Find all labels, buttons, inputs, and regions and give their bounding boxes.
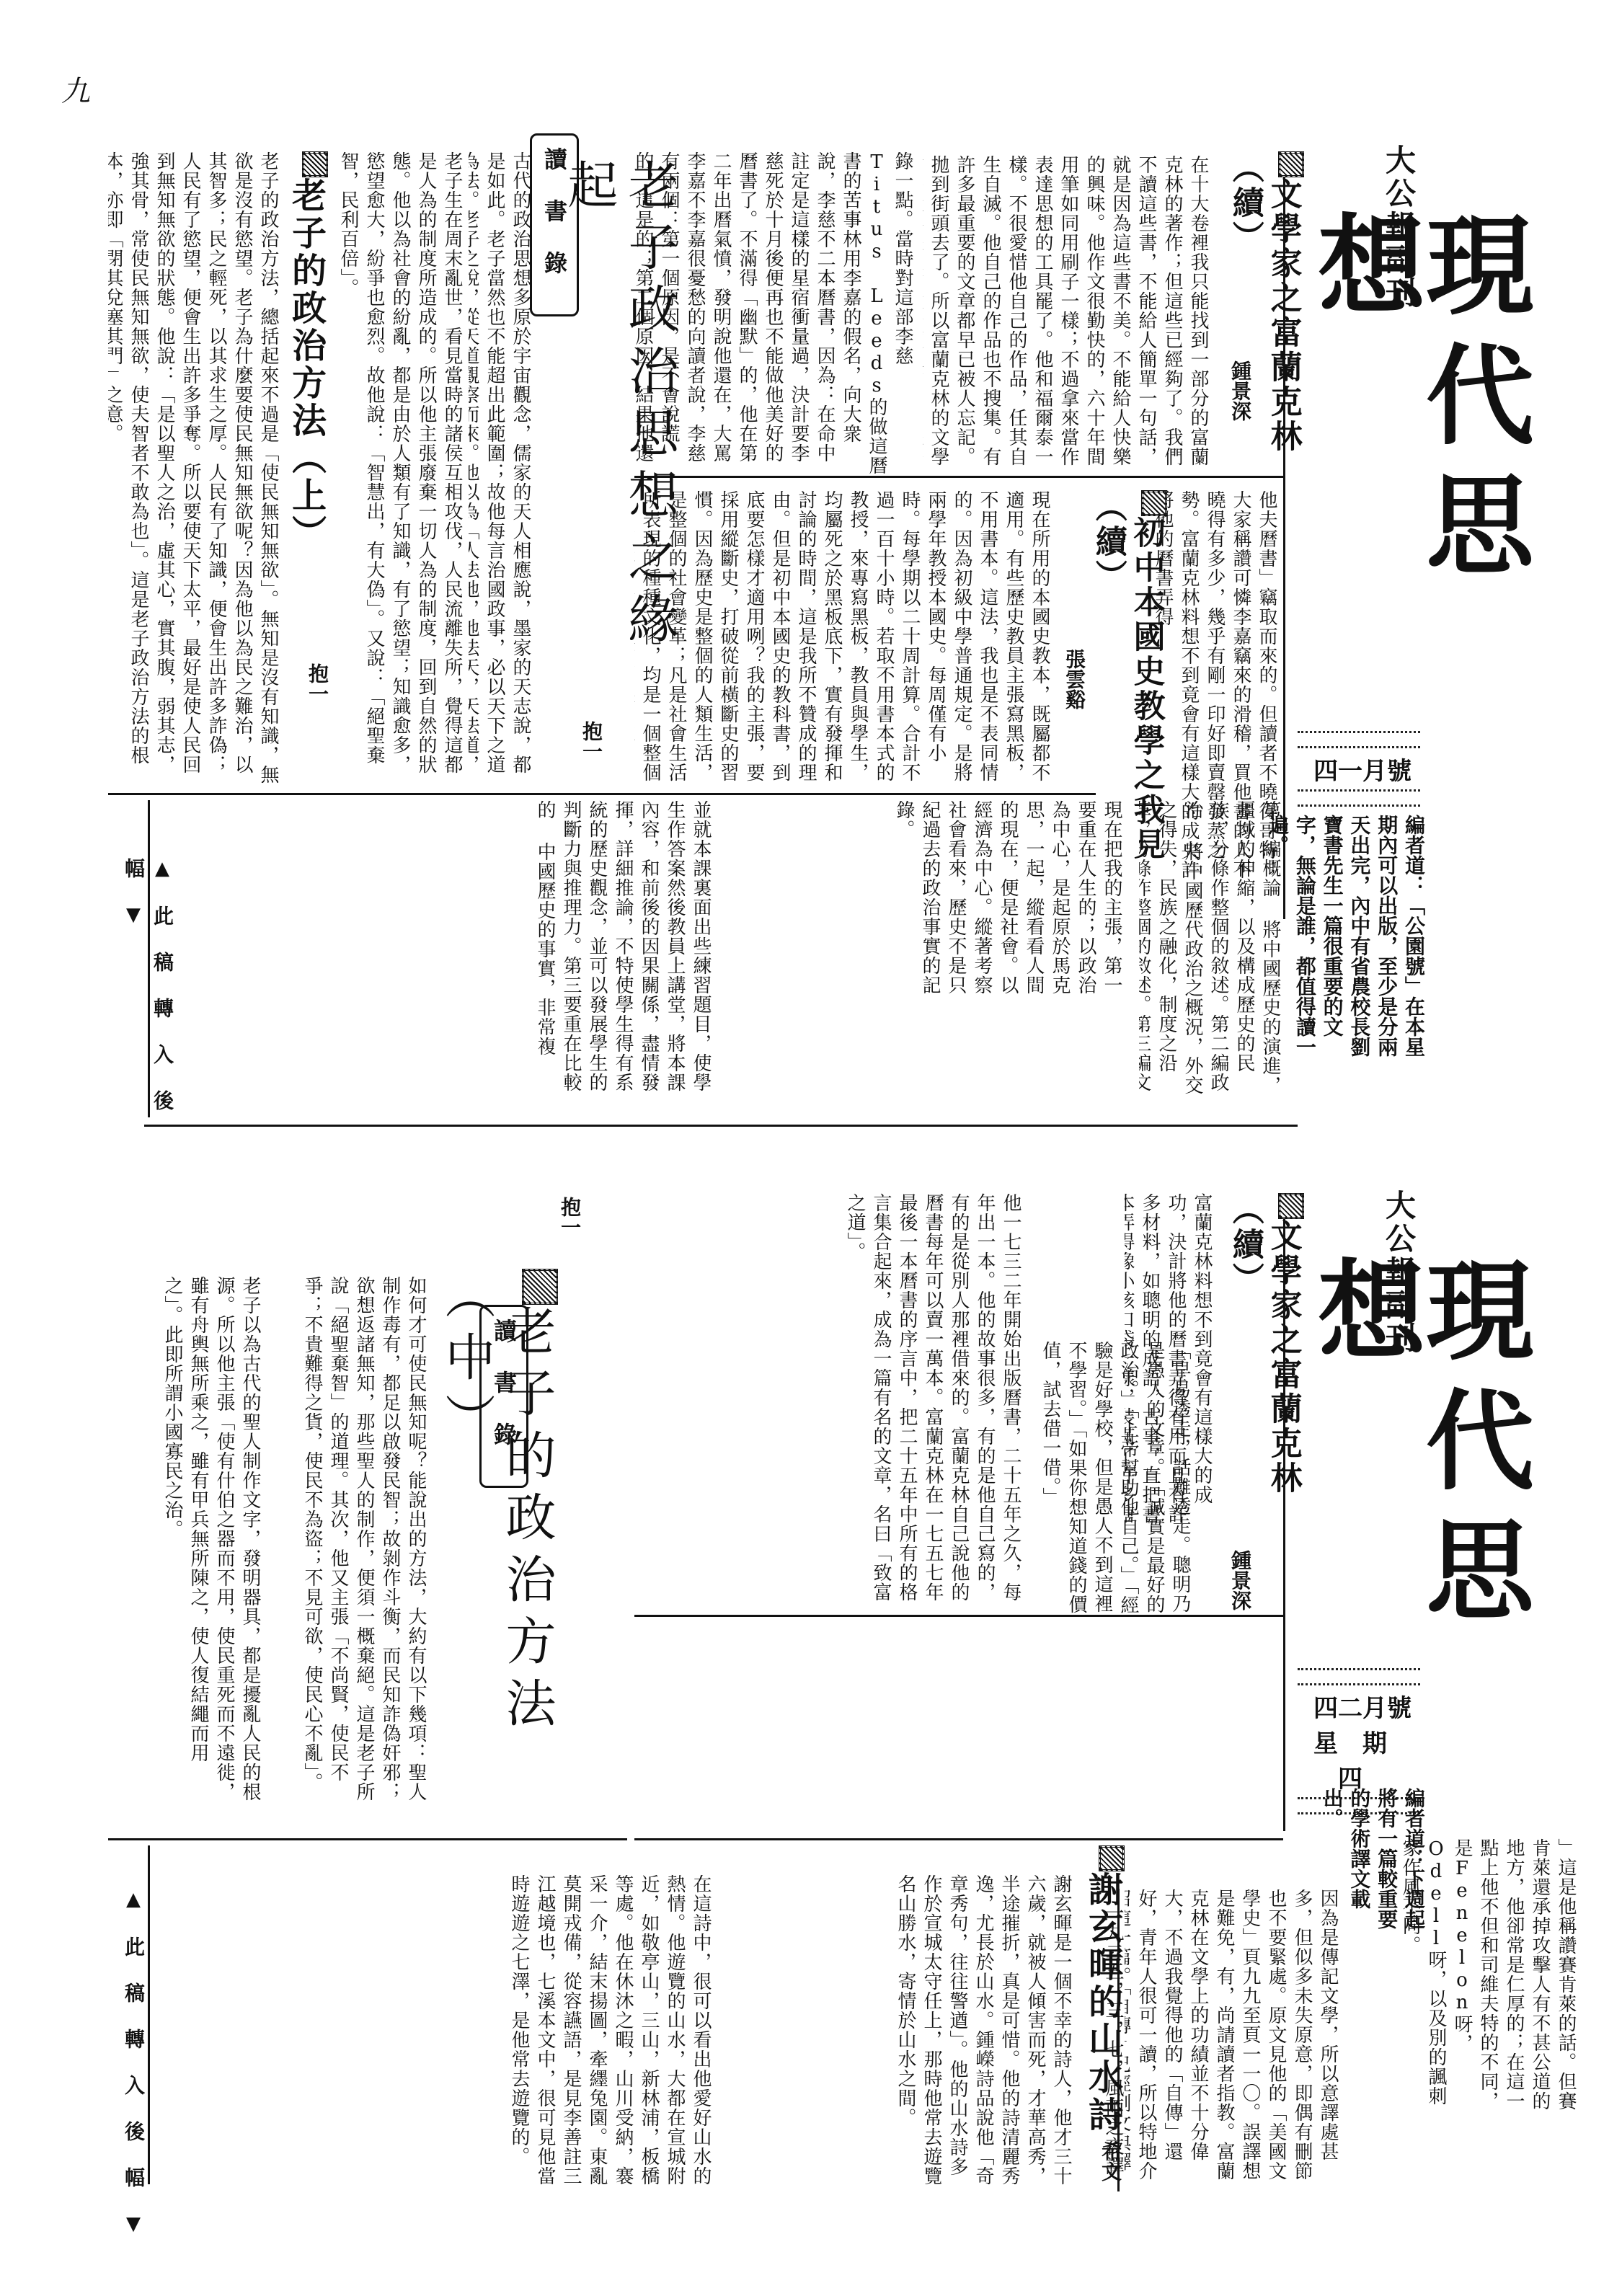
column-title: 現代思想: [1308, 1254, 1525, 1658]
article-title: 文學家之富蘭克林（續）: [1226, 1193, 1304, 1539]
section-rule: [634, 1838, 1283, 1840]
section-icon: [302, 151, 328, 177]
article-body: 」這是他稱讚賽肯萊的話。但賽肯萊還承掉攻擊人有不甚公道的地方，他卻常是仁厚的；在…: [1348, 1838, 1579, 2112]
author: 抱一: [303, 663, 332, 704]
article-title: 文學家之富蘭克林（續）: [1226, 151, 1304, 490]
quote-block: 「早易透走，話難透走。聰明乃是愚人的文章。」「誠實是最好的政治。」「上帝幫助他自…: [1038, 1341, 1193, 1615]
article-body: 並就本課裏面出些練習題目，使學生作答案然後教員上講堂，將本課內容，和前後的因果關…: [159, 800, 714, 1110]
section-icon: [1141, 490, 1167, 516]
section-rule: [634, 476, 1283, 478]
column-rule: [148, 1845, 150, 2184]
article-body: [634, 1629, 1269, 1838]
triangle-down-icon: ▼: [123, 2213, 144, 2261]
issue-2: 大公報副刊 現代思想 四二月號 星期四 編者道：下週起將有一篇較重要的學術譯文載…: [0, 1153, 1622, 2296]
article-body: 在這詩中，很可以看出他愛好山水的熱情。他遊覽的山水，大都在宣城附近，如敬亭山，三…: [159, 1874, 714, 2191]
section-label: 讀書錄: [479, 1305, 528, 1488]
author: 抱一: [555, 1197, 584, 1237]
editor-note-label: 編者道：: [1402, 815, 1426, 895]
masthead: 大公報副刊 現代思想 四二月號 星期四 編者道：下週起將有一篇較重要的學術譯文載…: [1290, 1189, 1435, 1946]
article-body: 謝玄暉是一個不幸的詩人，他才三十六歲，就被人傾害而死，才華高秀，半途摧折，真是可…: [721, 1874, 1074, 2191]
issue-1: 大公報副刊 現代思想 四一月號 編者道：「公園號」在本星期內可以出版，至少是分兩…: [0, 0, 1622, 1153]
section-rule: [144, 1125, 1298, 1127]
triangle-down-icon: ▼: [123, 904, 144, 952]
column-rule: [1117, 1889, 1120, 2191]
author: 希文: [1096, 2141, 1125, 2181]
author: 鍾景深: [1226, 360, 1254, 421]
section-rule: [108, 1838, 627, 1840]
ornament-divider: [1298, 789, 1420, 807]
article-body: 第一編概論 將中國歷史的演進，疆域的伸縮，以及構成歷史的民族，分條作整個的敘述。…: [1139, 800, 1283, 1110]
triangle-up-icon: ▲: [151, 858, 173, 905]
triangle-up-icon: ▲: [123, 1889, 144, 1936]
article-body: 他一七三二年開始出版曆書，二十五年之久，每年出一本。他的故事很多，有的是他自己寫…: [634, 1193, 1024, 1611]
author: 抱一: [577, 721, 606, 761]
section-rule: [108, 793, 627, 795]
article-body: 古代的政治思想多原於宇宙觀念，儒家的天人相應說，墨家的天志說，都是如此。老子當然…: [469, 151, 533, 786]
issue-number: 四二月號: [1298, 1688, 1427, 1724]
ornament-divider: [1298, 731, 1420, 748]
article-body: 老子的政治方法，總括起來不過是「使民無知無欲」。無知是沒有知識，無欲是沒有慾望。…: [108, 151, 281, 786]
article-body: 老子以為古代的聖人制作文字，發明器具，都是擾亂人民的根源。所以他主張「使有什伯之…: [108, 1276, 263, 1809]
continued-notice: ▲此稿轉入後幅▼: [119, 858, 177, 1153]
continued-notice: ▲此稿轉入後幅▼: [119, 1889, 148, 2261]
article-title: 老子的政治方法（上）: [285, 151, 328, 555]
issue-block: 四一月號: [1298, 728, 1427, 810]
masthead: 大公報副刊 現代思想 四一月號 編者道：「公園號」在本星期內可以出版，至少是分兩…: [1290, 144, 1435, 1067]
section-rule: [634, 1615, 1283, 1617]
article-body: 因為是傳記文學，所以意譯處甚多，但似多未失原意，即偶有刪節也不要緊處。原文見他的…: [1125, 1889, 1341, 2184]
issue-number: 四一月號: [1298, 751, 1427, 786]
article-body: 在十大卷裡我只能找到一部分的富蘭克林的著作；但這些已經夠了。我們不讀這些書，不能…: [923, 155, 1211, 472]
section-icon: [522, 1269, 558, 1305]
article-body: 如何才可使民無知呢？能說出的方法，大約有以下幾項：聖人制作毒有，都足以啟發民智；…: [267, 1276, 429, 1809]
author: 鍾景深: [1226, 1550, 1254, 1610]
section-icon: [1099, 1845, 1125, 1871]
column-title: 現代思想: [1308, 209, 1525, 714]
ornament-divider: [1298, 1668, 1420, 1685]
article-body: 現在把我的主張，第一要重在人生的；以政治為中心，是起原於馬克思，一起，縱看看人間…: [721, 800, 1125, 1002]
article-body: 現在所用的本國史教本，既屬都不適用。有些歷史教員主張寫黑板，不用書本。這法，我也…: [634, 490, 1052, 789]
section-label: 讀書錄: [530, 133, 579, 316]
weekday: 星期四: [1298, 1724, 1427, 1794]
section-icon: [1278, 151, 1304, 177]
section-icon: [1278, 1193, 1304, 1219]
editor-note: 編者道：「公園號」在本星期內可以出版，至少是分兩天出完，內中有省農校長劉寶書先生…: [1298, 815, 1427, 1060]
section-rule: [634, 793, 1096, 795]
author: 張雲谿: [1060, 649, 1089, 709]
